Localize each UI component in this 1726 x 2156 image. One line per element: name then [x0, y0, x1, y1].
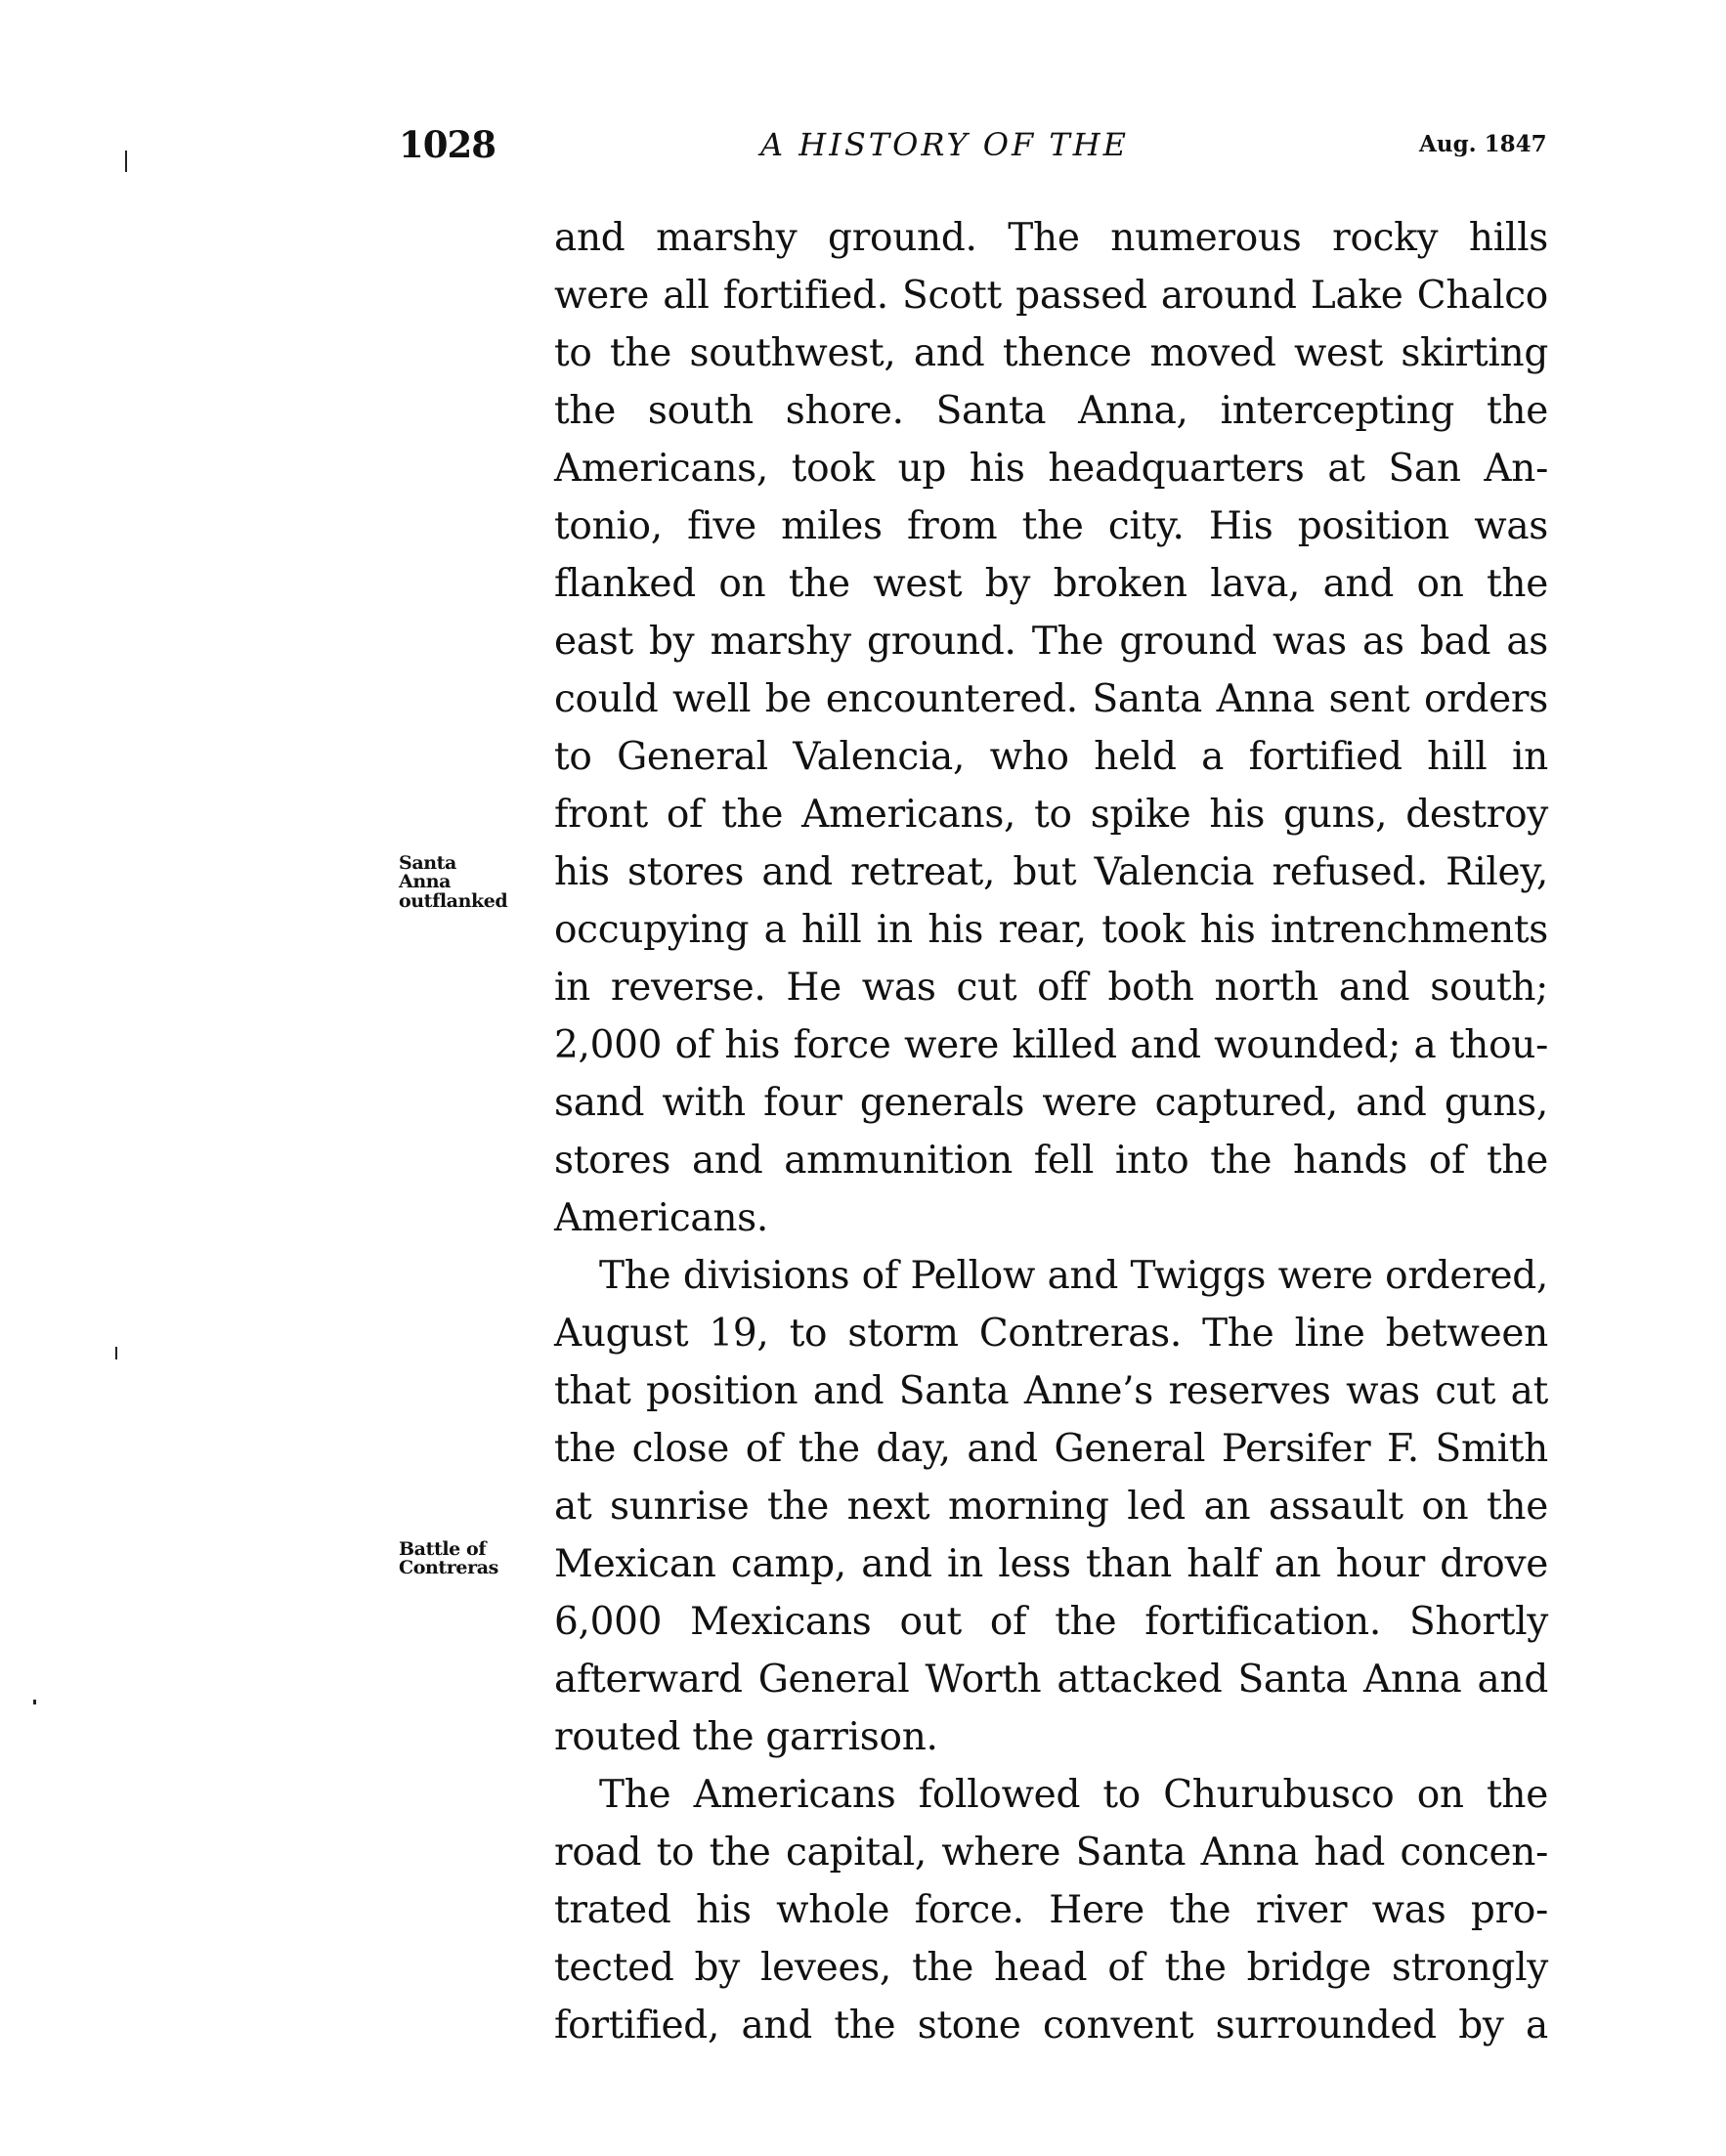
- text-line: his stores and retreat, but Valencia ref…: [554, 843, 1548, 901]
- paragraph-3: The Americans followed to Churubusco on …: [554, 1766, 1548, 2054]
- paragraph-1: and marshy ground. The numerous rocky hi…: [554, 209, 1548, 1247]
- text-line: could well be encountered. Santa Anna se…: [554, 670, 1548, 728]
- text-line: that position and Santa Anne’s reserves …: [554, 1362, 1548, 1420]
- text-line: to General Valencia, who held a fortifie…: [554, 728, 1548, 786]
- text-line: August 19, to storm Contreras. The line …: [554, 1305, 1548, 1362]
- sidenote-line: outflanked: [399, 891, 507, 912]
- sidenote-santa-anna-outflanked: Santa Anna outflanked: [399, 853, 507, 912]
- body-text: and marshy ground. The numerous rocky hi…: [554, 209, 1548, 2054]
- scan-mark: [33, 1700, 36, 1704]
- text-line: to the southwest, and thence moved west …: [554, 324, 1548, 382]
- text-line: the close of the day, and General Persif…: [554, 1420, 1548, 1478]
- page-number: 1028: [399, 123, 496, 166]
- text-line: were all fortified. Scott passed around …: [554, 267, 1548, 324]
- text-line: at sunrise the next morning led an assau…: [554, 1478, 1548, 1535]
- scan-mark: [115, 1347, 117, 1359]
- text-line: The divisions of Pellow and Twiggs were …: [554, 1247, 1548, 1305]
- text-line: The Americans followed to Churubusco on …: [554, 1766, 1548, 1824]
- text-line: afterward General Worth attacked Santa A…: [554, 1651, 1548, 1708]
- text-line: 6,000 Mexicans out of the fortification.…: [554, 1593, 1548, 1651]
- text-line: flanked on the west by broken lava, and …: [554, 555, 1548, 613]
- text-line: occupying a hill in his rear, took his i…: [554, 901, 1548, 959]
- text-line: 2,000 of his force were killed and wound…: [554, 1016, 1548, 1074]
- sidenote-line: Contreras: [399, 1558, 498, 1578]
- paragraph-2: The divisions of Pellow and Twiggs were …: [554, 1247, 1548, 1766]
- sidenote-line: Anna: [399, 872, 507, 892]
- running-header: 1028 A HISTORY OF THE Aug. 1847: [0, 123, 1726, 172]
- sidenote-battle-of-contreras: Battle of Contreras: [399, 1539, 498, 1578]
- running-title: A HISTORY OF THE: [760, 126, 1129, 163]
- text-line: front of the Americans, to spike his gun…: [554, 786, 1548, 843]
- text-line: in reverse. He was cut off both north an…: [554, 959, 1548, 1016]
- text-line: and marshy ground. The numerous rocky hi…: [554, 209, 1548, 267]
- text-line: trated his whole force. Here the river w…: [554, 1881, 1548, 1939]
- text-line: Americans, took up his headquarters at S…: [554, 440, 1548, 497]
- text-line: Mexican camp, and in less than half an h…: [554, 1535, 1548, 1593]
- text-line: routed the garrison.: [554, 1708, 1548, 1766]
- text-line: sand with four generals were captured, a…: [554, 1074, 1548, 1132]
- text-line: tected by levees, the head of the bridge…: [554, 1939, 1548, 1997]
- text-line: fortified, and the stone convent surroun…: [554, 1997, 1548, 2054]
- text-line: Americans.: [554, 1189, 1548, 1247]
- text-line: road to the capital, where Santa Anna ha…: [554, 1824, 1548, 1881]
- text-line: tonio, five miles from the city. His pos…: [554, 497, 1548, 555]
- text-line: east by marshy ground. The ground was as…: [554, 613, 1548, 670]
- text-line: the south shore. Santa Anna, interceptin…: [554, 382, 1548, 440]
- text-line: stores and ammunition fell into the hand…: [554, 1132, 1548, 1189]
- running-date: Aug. 1847: [1419, 131, 1547, 157]
